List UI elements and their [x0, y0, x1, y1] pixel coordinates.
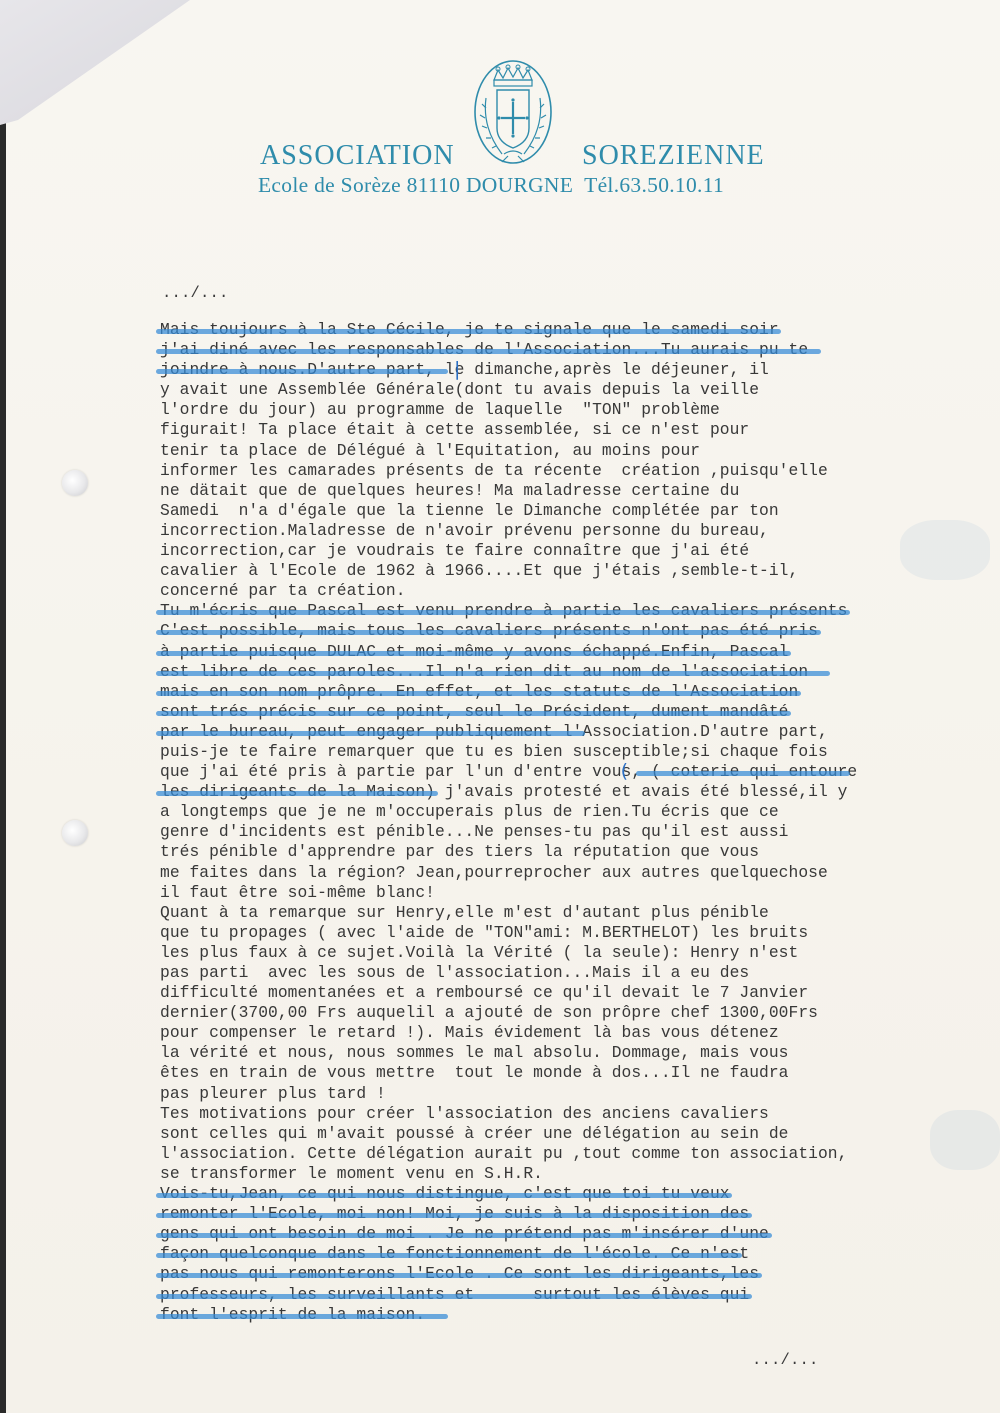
highlighter-stroke	[156, 1273, 762, 1278]
letterhead-name-right: SOREZIENNE	[582, 140, 765, 172]
letter-line: à partie puisque DULAC et moi-même y avo…	[160, 642, 1000, 662]
letter-body: Mais toujours à la Ste Cécile, je te sig…	[160, 320, 1000, 1325]
letter-line: il faut être soi-même blanc!	[160, 883, 1000, 903]
letter-line-text: puis-je te faire remarquer que tu es bie…	[160, 742, 828, 761]
letter-line-text: incorrection.Maladresse de n'avoir préve…	[160, 521, 769, 540]
letter-line-text: Samedi n'a d'égale que la tienne le Dima…	[160, 501, 779, 520]
highlighter-stroke	[156, 791, 438, 796]
crest-icon	[472, 58, 554, 166]
letter-line: que tu propages ( avec l'aide de "TON"am…	[160, 923, 1000, 943]
letter-line-text: les plus faux à ce sujet.Voilà la Vérité…	[160, 943, 798, 962]
letter-line: que j'ai été pris à partie par l'un d'en…	[160, 762, 1000, 782]
letter-line: joindre à nous.D'autre part, le dimanche…	[160, 360, 1000, 380]
letter-line: figurait! Ta place était à cette assembl…	[160, 420, 1000, 440]
letter-line: Mais toujours à la Ste Cécile, je te sig…	[160, 320, 1000, 340]
letter-line: j'ai diné avec les responsables de l'Ass…	[160, 340, 1000, 360]
highlighter-stroke	[636, 771, 850, 776]
letter-line: gens qui ont besoin de moi . Je ne préte…	[160, 1224, 1000, 1244]
letter-line: Samedi n'a d'égale que la tienne le Dima…	[160, 501, 1000, 521]
pen-correction-mark: |	[454, 358, 460, 380]
letter-line-text: se transformer le moment venu en S.H.R.	[160, 1164, 543, 1183]
letter-line: dernier(3700,00 Frs auquelil a ajouté de…	[160, 1003, 1000, 1023]
highlighter-stroke	[156, 731, 585, 736]
letter-line-text: concerné par ta création.	[160, 581, 406, 600]
letter-line: Quant à ta remarque sur Henry,elle m'est…	[160, 903, 1000, 923]
letter-line-text: il faut être soi-même blanc!	[160, 883, 435, 902]
letter-line: remonter l'Ecole, moi non! Moi, je suis …	[160, 1204, 1000, 1224]
letter-line: me faites dans la région? Jean,pourrepro…	[160, 863, 1000, 883]
letter-line: les dirigeants de la Maison) j'avais pro…	[160, 782, 1000, 802]
highlighter-stroke	[156, 711, 791, 716]
letterhead-address: Ecole de Sorèze 81110 DOURGNE Tél.63.50.…	[258, 173, 724, 198]
letter-line: incorrection,car je voudrais te faire co…	[160, 541, 1000, 561]
letter-line-text: Tes motivations pour créer l'association…	[160, 1104, 769, 1123]
letter-line-text: genre d'incidents est pénible...Ne pense…	[160, 822, 789, 841]
letter-line-text: que tu propages ( avec l'aide de "TON"am…	[160, 923, 808, 942]
letter-line-text: l'association. Cette délégation aurait p…	[160, 1144, 847, 1163]
letter-line-text: pas pleurer plus tard !	[160, 1084, 386, 1103]
punch-hole	[62, 820, 88, 846]
highlighter-stroke	[156, 610, 850, 615]
letter-line: y avait une Assemblée Générale(dont tu a…	[160, 380, 1000, 400]
letter-line-text: a longtemps que je ne m'occuperais plus …	[160, 802, 779, 821]
letter-line: pour compenser le retard !). Mais évidem…	[160, 1023, 1000, 1043]
letter-line: mais en son nom prôpre. En effet, et les…	[160, 682, 1000, 702]
letter-line-text: l'ordre du jour) au programme de laquell…	[160, 400, 720, 419]
letter-line-text: trés pénible d'apprendre par des tiers l…	[160, 842, 759, 861]
letter-line: la vérité et nous, nous sommes le mal ab…	[160, 1043, 1000, 1063]
letter-line-text: cavalier à l'Ecole de 1962 à 1966....Et …	[160, 561, 798, 580]
highlighter-stroke	[156, 671, 830, 676]
letter-line: est libre de ces paroles...Il n'a rien d…	[160, 662, 1000, 682]
letter-line-text: sont celles qui m'avait poussé à créer u…	[160, 1124, 789, 1143]
letter-line-text: me faites dans la région? Jean,pourrepro…	[160, 863, 828, 882]
letter-line-text: ne dätait que de quelques heures! Ma mal…	[160, 481, 739, 500]
letter-line-text: figurait! Ta place était à cette assembl…	[160, 420, 749, 439]
highlighter-stroke	[156, 1193, 732, 1198]
letter-line-text: difficulté momentanées et a remboursé ce…	[160, 983, 808, 1002]
highlighter-stroke	[156, 691, 801, 696]
letter-line-text: y avait une Assemblée Générale(dont tu a…	[160, 380, 759, 399]
letter-line: pas nous qui remonterons l'Ecole . Ce so…	[160, 1264, 1000, 1284]
letter-line-text: pas parti avec les sous de l'association…	[160, 963, 749, 982]
letter-line-text: tenir ta place de Délégué à l'Equitation…	[160, 441, 700, 460]
highlighter-stroke	[156, 651, 791, 656]
letter-line-text: incorrection,car je voudrais te faire co…	[160, 541, 749, 560]
letter-line: par le bureau, peut engager publiquement…	[160, 722, 1000, 742]
letter-line-text: pour compenser le retard !). Mais évidem…	[160, 1023, 779, 1042]
letter-line-text: la vérité et nous, nous sommes le mal ab…	[160, 1043, 789, 1062]
letter-line: Tu m'écris que Pascal est venu prendre à…	[160, 601, 1000, 621]
letter-line: concerné par ta création.	[160, 581, 1000, 601]
letter-line: tenir ta place de Délégué à l'Equitation…	[160, 441, 1000, 461]
highlighter-stroke	[156, 1213, 752, 1218]
letter-page: ASSOCIATION SOREZIENNE Ecole de Sorèze 8…	[0, 0, 1000, 1413]
letter-line: cavalier à l'Ecole de 1962 à 1966....Et …	[160, 561, 1000, 581]
letter-line: pas parti avec les sous de l'association…	[160, 963, 1000, 983]
letter-line: façon quelconque dans le fonctionnement …	[160, 1244, 1000, 1264]
letter-line: incorrection.Maladresse de n'avoir préve…	[160, 521, 1000, 541]
highlighter-stroke	[156, 329, 781, 334]
pen-correction-mark: (	[621, 760, 628, 782]
letter-line: a longtemps que je ne m'occuperais plus …	[160, 802, 1000, 822]
letter-line: trés pénible d'apprendre par des tiers l…	[160, 842, 1000, 862]
letter-line-text: dernier(3700,00 Frs auquelil a ajouté de…	[160, 1003, 818, 1022]
letter-line: sont trés précis sur ce point, seul le P…	[160, 702, 1000, 722]
letter-line: genre d'incidents est pénible...Ne pense…	[160, 822, 1000, 842]
letter-line: puis-je te faire remarquer que tu es bie…	[160, 742, 1000, 762]
continuation-marker-bottom: .../...	[752, 1351, 819, 1369]
letter-line: difficulté momentanées et a remboursé ce…	[160, 983, 1000, 1003]
punch-hole	[62, 470, 88, 496]
letter-line: les plus faux à ce sujet.Voilà la Vérité…	[160, 943, 1000, 963]
highlighter-stroke	[156, 1253, 742, 1258]
letterhead-name-left: ASSOCIATION	[260, 140, 455, 172]
letterhead: ASSOCIATION SOREZIENNE Ecole de Sorèze 8…	[0, 0, 1000, 210]
letter-line-text: informer les camarades présents de ta ré…	[160, 461, 828, 480]
letter-line-text: Quant à ta remarque sur Henry,elle m'est…	[160, 903, 769, 922]
scan-edge	[0, 0, 6, 1413]
letter-line: font l'esprit de la maison.	[160, 1305, 1000, 1325]
highlighter-stroke	[156, 369, 448, 374]
letter-line: pas pleurer plus tard !	[160, 1084, 1000, 1104]
letter-line: êtes en train de vous mettre tout le mon…	[160, 1063, 1000, 1083]
highlighter-stroke	[156, 1294, 752, 1299]
letter-line-text: êtes en train de vous mettre tout le mon…	[160, 1063, 789, 1082]
letter-line: l'association. Cette délégation aurait p…	[160, 1144, 1000, 1164]
letter-line: sont celles qui m'avait poussé à créer u…	[160, 1124, 1000, 1144]
continuation-marker-top: .../...	[162, 284, 229, 302]
letter-line: C'est possible, mais tous les cavaliers …	[160, 621, 1000, 641]
letter-line: informer les camarades présents de ta ré…	[160, 461, 1000, 481]
letter-line: se transformer le moment venu en S.H.R.	[160, 1164, 1000, 1184]
highlighter-stroke	[156, 1233, 772, 1238]
highlighter-stroke	[156, 1314, 448, 1319]
letter-line: l'ordre du jour) au programme de laquell…	[160, 400, 1000, 420]
highlighter-stroke	[156, 630, 821, 635]
letter-line: professeurs, les surveillants et surtout…	[160, 1285, 1000, 1305]
letter-line: Tes motivations pour créer l'association…	[160, 1104, 1000, 1124]
highlighter-stroke	[156, 349, 821, 354]
letter-line: Vois-tu,Jean, ce qui nous distingue, c'e…	[160, 1184, 1000, 1204]
letter-line: ne dätait que de quelques heures! Ma mal…	[160, 481, 1000, 501]
